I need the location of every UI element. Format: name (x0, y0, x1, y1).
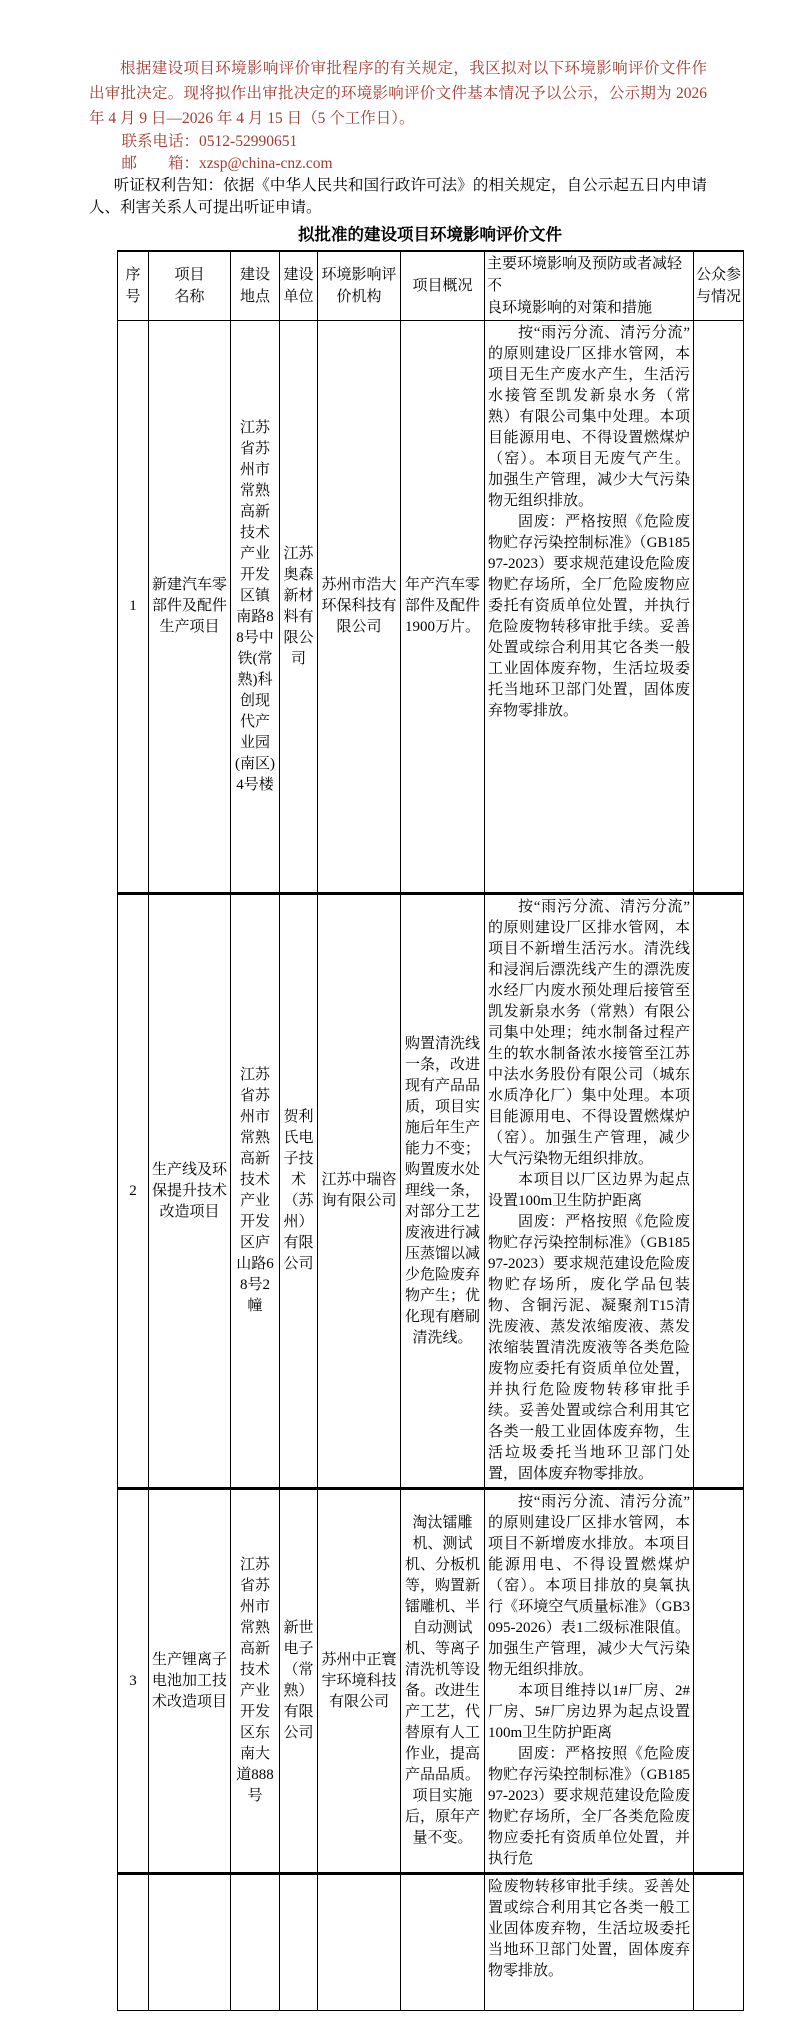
table-row: 1 新建汽车零部件及配件生产项目 江苏省苏州市常熟高新技术产业开发区镇南路88号… (118, 321, 744, 894)
cell-overview: 淘汰镭雕机、测试机、分板机等，购置新镭雕机、半自动测试机、等离子清洗机等设备。改… (401, 1489, 485, 1874)
cell-location: 江苏省苏州市常熟高新技术产业开发区庐山路68号2幢 (231, 894, 280, 1489)
cell-overview: 购置清洗线一条，改进现有产品品质，项目实施后年生产能力不变；购置废水处理线一条，… (401, 894, 485, 1489)
contact-phone-line: 联系电话：0512-52990651 (89, 131, 707, 153)
cell-builder: 新世电子（常熟）有限公司 (280, 1489, 318, 1874)
contact-email-line: 邮 箱：xzsp@china-cnz.com (89, 153, 707, 175)
cell-location (231, 1874, 280, 2011)
cell-agency: 苏州中正寰宇环境科技有限公司 (318, 1489, 401, 1874)
header-measures: 主要环境影响及预防或者减轻不 良环境影响的对策和措施 (485, 251, 694, 321)
header-public-participation: 公众参 与情况 (694, 251, 744, 321)
cell-overview: 年产汽车零部件及配件1900万片。 (401, 321, 485, 894)
cell-project-name (149, 1874, 231, 2011)
measures-paragraph-continuation: 险废物转移审批手续。妥善处置或综合利用其它各类一般工业固体废弃物，生活垃圾委托当… (488, 1877, 690, 1982)
table-title: 拟批准的建设项目环境影响评价文件 (117, 222, 743, 248)
table-row: 2 生产线及环保提升技术改造项目 江苏省苏州市常熟高新技术产业开发区庐山路68号… (118, 894, 744, 1489)
measures-paragraph: 按“雨污分流、清污分流”的原则建设厂区排水管网，本项目不新增废水排放。本项目能源… (488, 1492, 690, 1681)
cell-location: 江苏省苏州市常熟高新技术产业开发区东南大道888号 (231, 1489, 280, 1874)
cell-public-participation (694, 321, 744, 894)
cell-public-participation (694, 1874, 744, 2011)
hearing-rights-paragraph: 听证权利告知：依据《中华人民共和国行政许可法》的相关规定，自公示起五日内申请人、… (89, 175, 707, 219)
cell-project-name: 生产线及环保提升技术改造项目 (149, 894, 231, 1489)
header-overview: 项目概况 (401, 251, 485, 321)
measures-paragraph: 本项目以厂区边界为起点设置100m卫生防护距离 (488, 1170, 690, 1212)
measures-paragraph: 固废：严格按照《危险废物贮存污染控制标准》（GB18597-2023）要求规范建… (488, 1212, 690, 1485)
cell-seq: 2 (118, 894, 149, 1489)
cell-builder: 贺利氏电子技术（苏州）有限公司 (280, 894, 318, 1489)
table-row: 3 生产锂离子电池加工技术改造项目 江苏省苏州市常熟高新技术产业开发区东南大道8… (118, 1489, 744, 1874)
measures-paragraph: 固废：严格按照《危险废物贮存污染控制标准》（GB18597-2023）要求规范建… (488, 1744, 690, 1870)
header-builder: 建设 单位 (280, 251, 318, 321)
measures-paragraph: 按“雨污分流、清污分流”的原则建设厂区排水管网，本项目无生产废水产生，生活污水接… (488, 323, 690, 512)
cell-measures: 险废物转移审批手续。妥善处置或综合利用其它各类一般工业固体废弃物，生活垃圾委托当… (485, 1874, 694, 2011)
cell-builder: 江苏奥森新材料有限公司 (280, 321, 318, 894)
eia-approval-table: 序号 项目 名称 建设 地点 建设 单位 环境影响评 价机构 项目概况 主要环境… (117, 250, 744, 2011)
header-project-name: 项目 名称 (149, 251, 231, 321)
notice-page: 根据建设项目环境影响评价审批程序的有关规定，我区拟对以下环境影响评价文件作出审批… (0, 0, 793, 2020)
cell-location: 江苏省苏州市常熟高新技术产业开发区镇南路88号中铁(常熟)科创现代产业园(南区)… (231, 321, 280, 894)
intro-paragraph: 根据建设项目环境影响评价审批程序的有关规定，我区拟对以下环境影响评价文件作出审批… (89, 56, 707, 131)
cell-agency: 江苏中瑞咨询有限公司 (318, 894, 401, 1489)
cell-public-participation (694, 894, 744, 1489)
header-agency: 环境影响评 价机构 (318, 251, 401, 321)
cell-seq: 3 (118, 1489, 149, 1874)
cell-project-name: 生产锂离子电池加工技术改造项目 (149, 1489, 231, 1874)
header-location: 建设 地点 (231, 251, 280, 321)
cell-measures: 按“雨污分流、清污分流”的原则建设厂区排水管网，本项目不新增废水排放。本项目能源… (485, 1489, 694, 1874)
cell-overview (401, 1874, 485, 2011)
cell-builder (280, 1874, 318, 2011)
cell-seq (118, 1874, 149, 2011)
cell-project-name: 新建汽车零部件及配件生产项目 (149, 321, 231, 894)
table-row-continuation: 险废物转移审批手续。妥善处置或综合利用其它各类一般工业固体废弃物，生活垃圾委托当… (118, 1874, 744, 2011)
cell-seq: 1 (118, 321, 149, 894)
notice-text-block: 根据建设项目环境影响评价审批程序的有关规定，我区拟对以下环境影响评价文件作出审批… (89, 56, 707, 219)
cell-agency (318, 1874, 401, 2011)
table-header-row: 序号 项目 名称 建设 地点 建设 单位 环境影响评 价机构 项目概况 主要环境… (118, 251, 744, 321)
header-seq: 序号 (118, 251, 149, 321)
measures-paragraph: 本项目维持以1#厂房、2#厂房、5#厂房边界为起点设置100m卫生防护距离 (488, 1681, 690, 1744)
measures-paragraph: 按“雨污分流、清污分流”的原则建设厂区排水管网，本项目不新增生活污水。清洗线和浸… (488, 897, 690, 1170)
cell-public-participation (694, 1489, 744, 1874)
cell-measures: 按“雨污分流、清污分流”的原则建设厂区排水管网，本项目无生产废水产生，生活污水接… (485, 321, 694, 894)
cell-agency: 苏州市浩大环保科技有限公司 (318, 321, 401, 894)
measures-paragraph: 固废：严格按照《危险废物贮存污染控制标准》（GB18597-2023）要求规范建… (488, 512, 690, 722)
cell-measures: 按“雨污分流、清污分流”的原则建设厂区排水管网，本项目不新增生活污水。清洗线和浸… (485, 894, 694, 1489)
